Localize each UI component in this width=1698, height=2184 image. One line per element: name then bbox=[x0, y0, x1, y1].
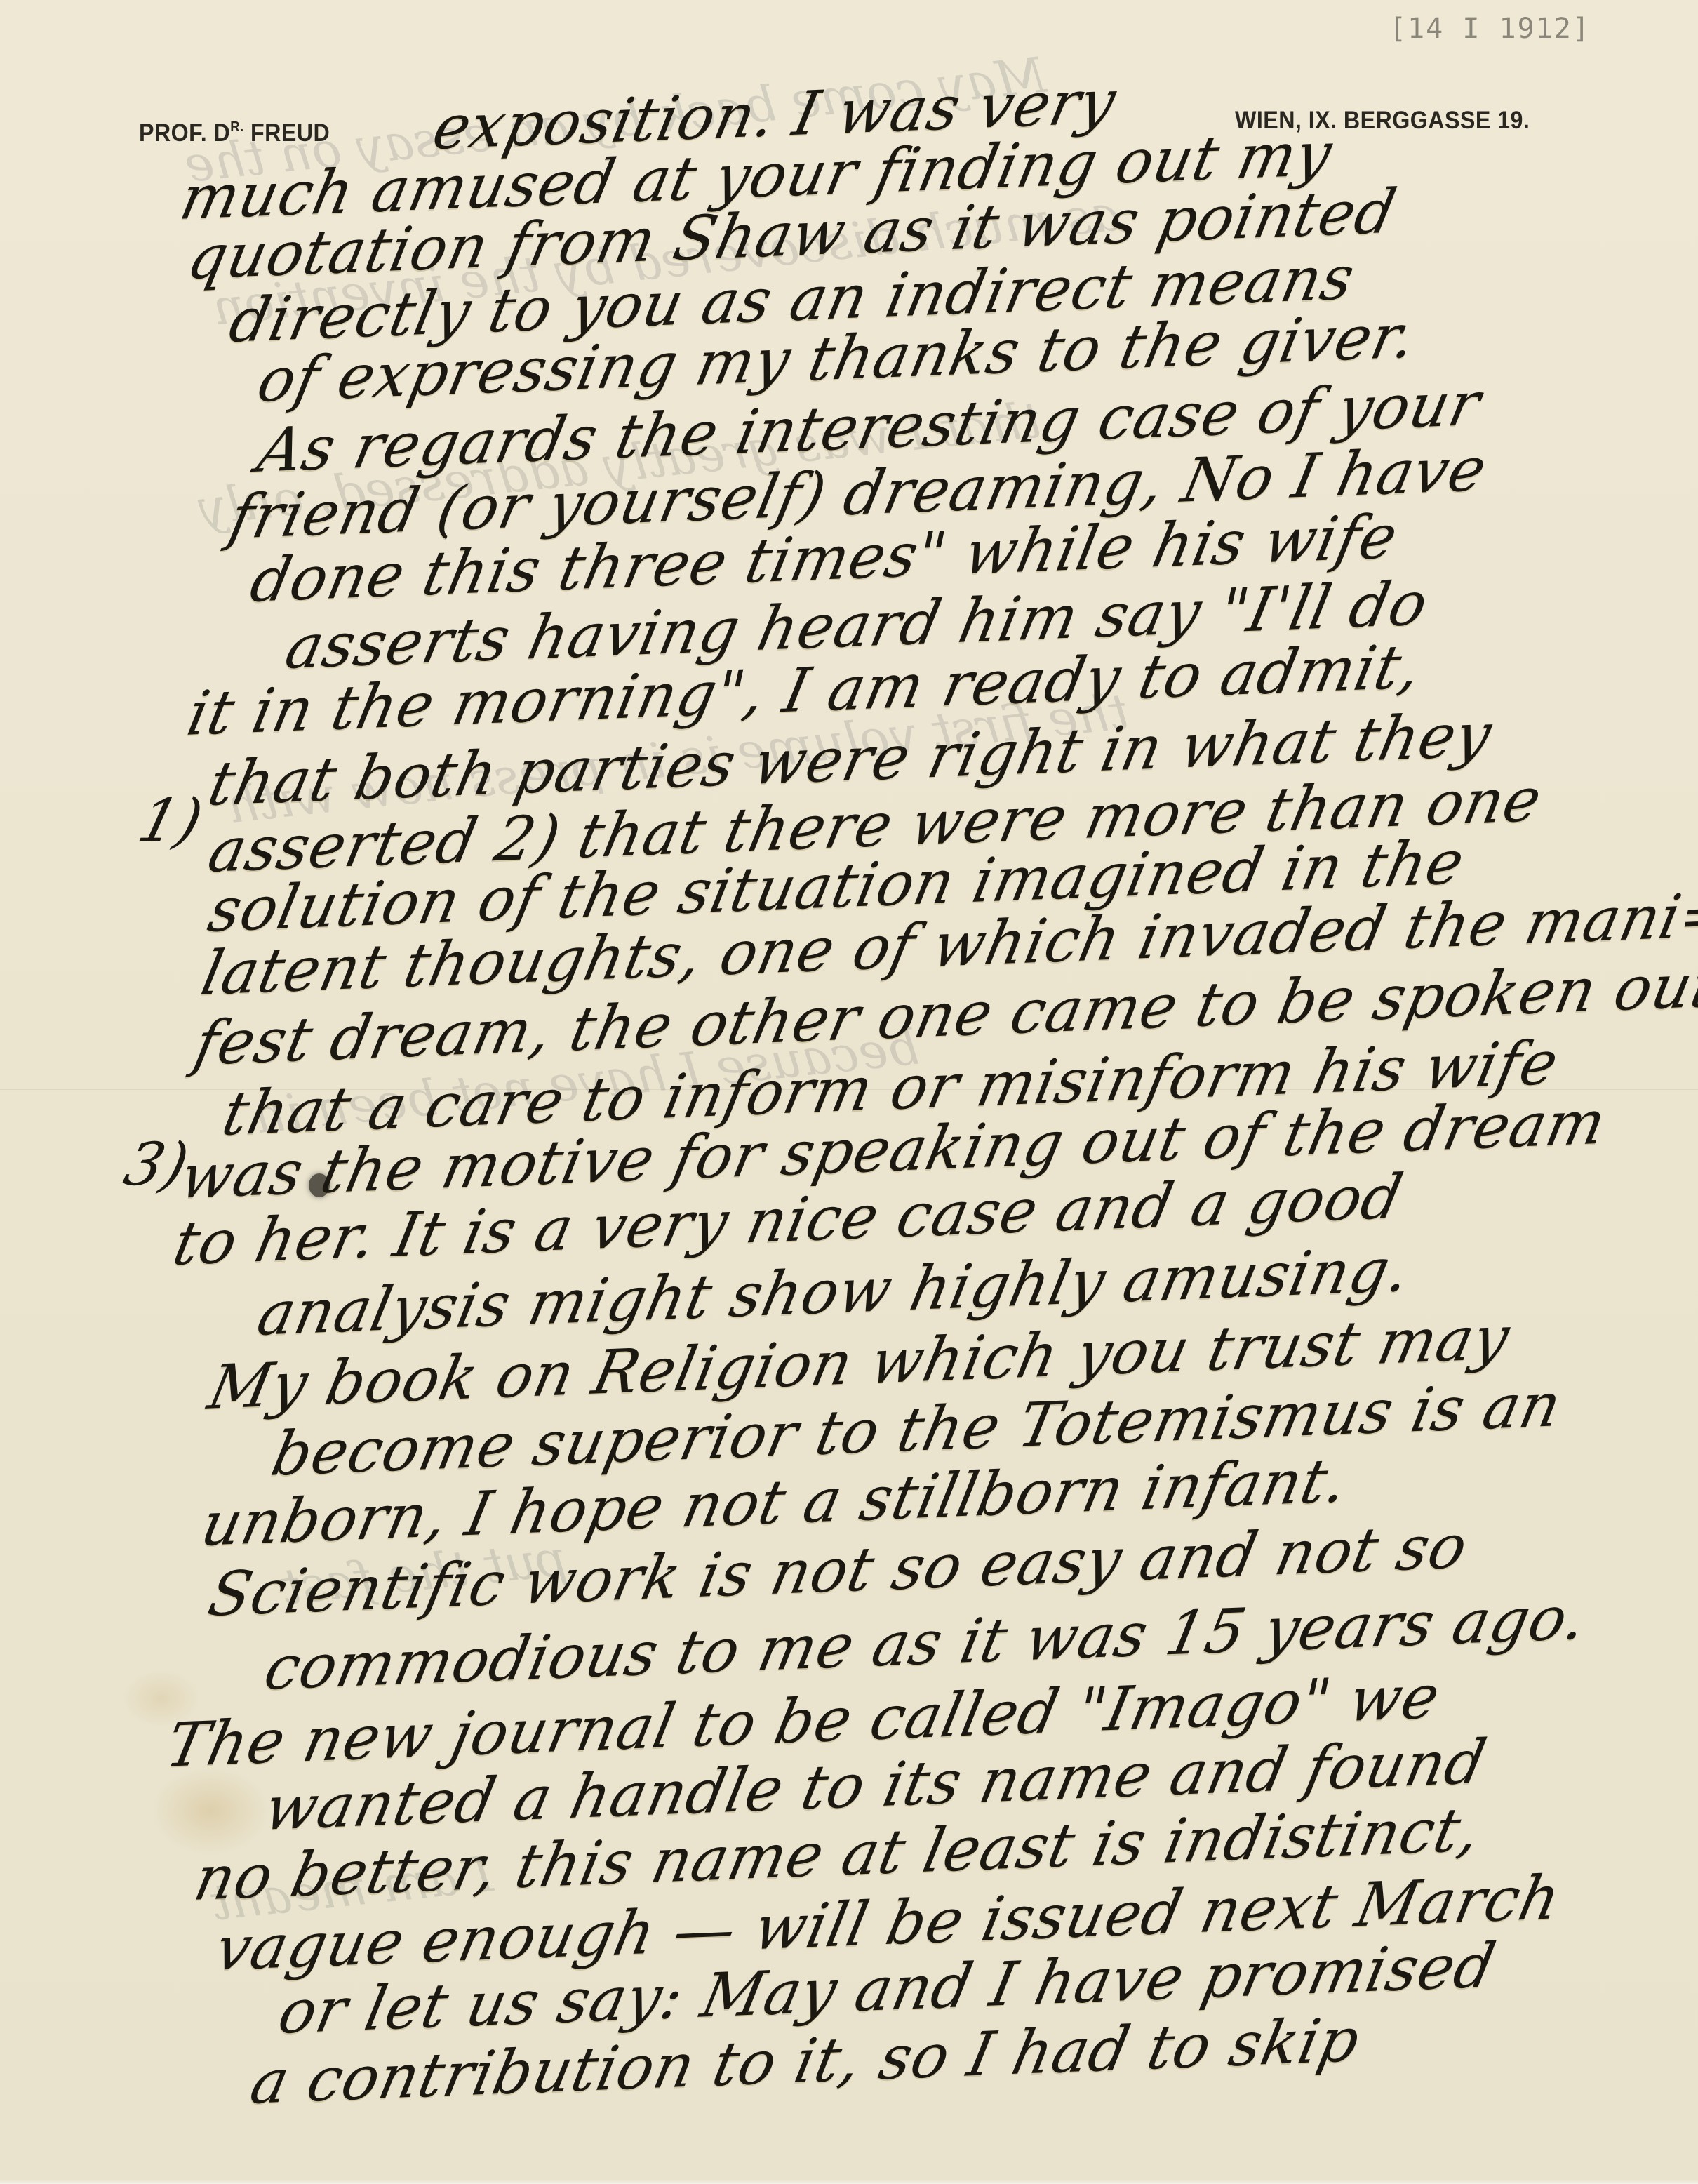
letterhead-name: PROF. DR. FREUD bbox=[139, 119, 330, 147]
letterhead-name-sup: R. bbox=[230, 119, 243, 135]
letterhead-name-tail: FREUD bbox=[244, 119, 330, 147]
archival-date-note: [14 I 1912] bbox=[1389, 13, 1591, 45]
paper-edge bbox=[0, 2180, 1698, 2184]
margin-number-1: 1) bbox=[132, 786, 210, 855]
letterhead-name-prefix: PROF. D bbox=[139, 119, 230, 147]
letter-page: May come back by an essay on the as much… bbox=[0, 0, 1698, 2184]
